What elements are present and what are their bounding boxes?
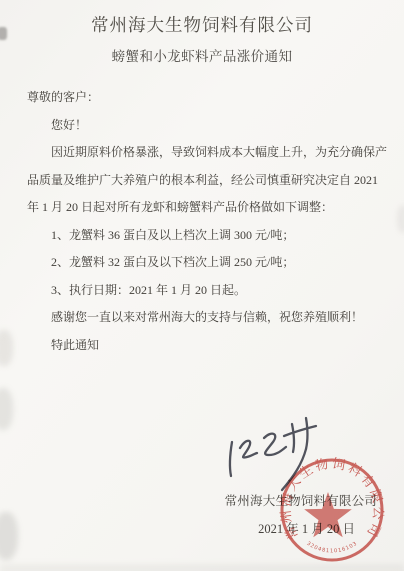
scan-smudge xyxy=(0,388,13,430)
notice-subtitle: 螃蟹和小龙虾料产品涨价通知 xyxy=(0,45,404,65)
scan-smudge xyxy=(0,330,13,366)
salutation: 尊敬的客户： xyxy=(27,84,379,112)
scan-smudge xyxy=(0,512,18,560)
price-item: 3、执行日期：2021 年 1 月 20 日起。 xyxy=(27,277,379,305)
paragraph-line: 品质量及维护广大养殖户的根本利益，经公司慎重研究决定自 2021 xyxy=(27,167,379,195)
price-item: 1、龙蟹料 36 蛋白及以上档次上调 300 元/吨； xyxy=(27,222,379,250)
price-item: 2、龙蟹料 32 蛋白及以下档次上调 250 元/吨； xyxy=(27,249,379,277)
closing-line: 特此通知 xyxy=(27,332,379,360)
svg-text:3204811016103: 3204811016103 xyxy=(305,541,358,555)
thanks-line: 感谢您一直以来对常州海大的支持与信赖，祝您养殖顺利！ xyxy=(27,304,379,332)
scan-smudge xyxy=(397,205,404,233)
company-title: 常州海大生物饲料有限公司 xyxy=(0,12,404,37)
seal-star-icon xyxy=(304,492,352,537)
seal-serial-number: 3204811016103 xyxy=(305,541,358,555)
letter-body: 尊敬的客户： 您好！ 因近期原料价格暴涨，导致饲料成本大幅度上升，为充分确保产 … xyxy=(27,84,379,359)
paragraph-line: 因近期原料价格暴涨，导致饲料成本大幅度上升，为充分确保产 xyxy=(27,139,379,167)
paragraph-line: 年 1 月 20 日起对所有龙虾和螃蟹料产品价格做如下调整： xyxy=(27,194,379,222)
greeting: 您好！ xyxy=(27,112,379,140)
scanned-letter-page: 常州海大生物饲料有限公司 螃蟹和小龙虾料产品涨价通知 尊敬的客户： 您好！ 因近… xyxy=(0,0,404,571)
company-seal-stamp: 常州海大生物饲料有限公司 3204811016103 xyxy=(276,454,388,566)
